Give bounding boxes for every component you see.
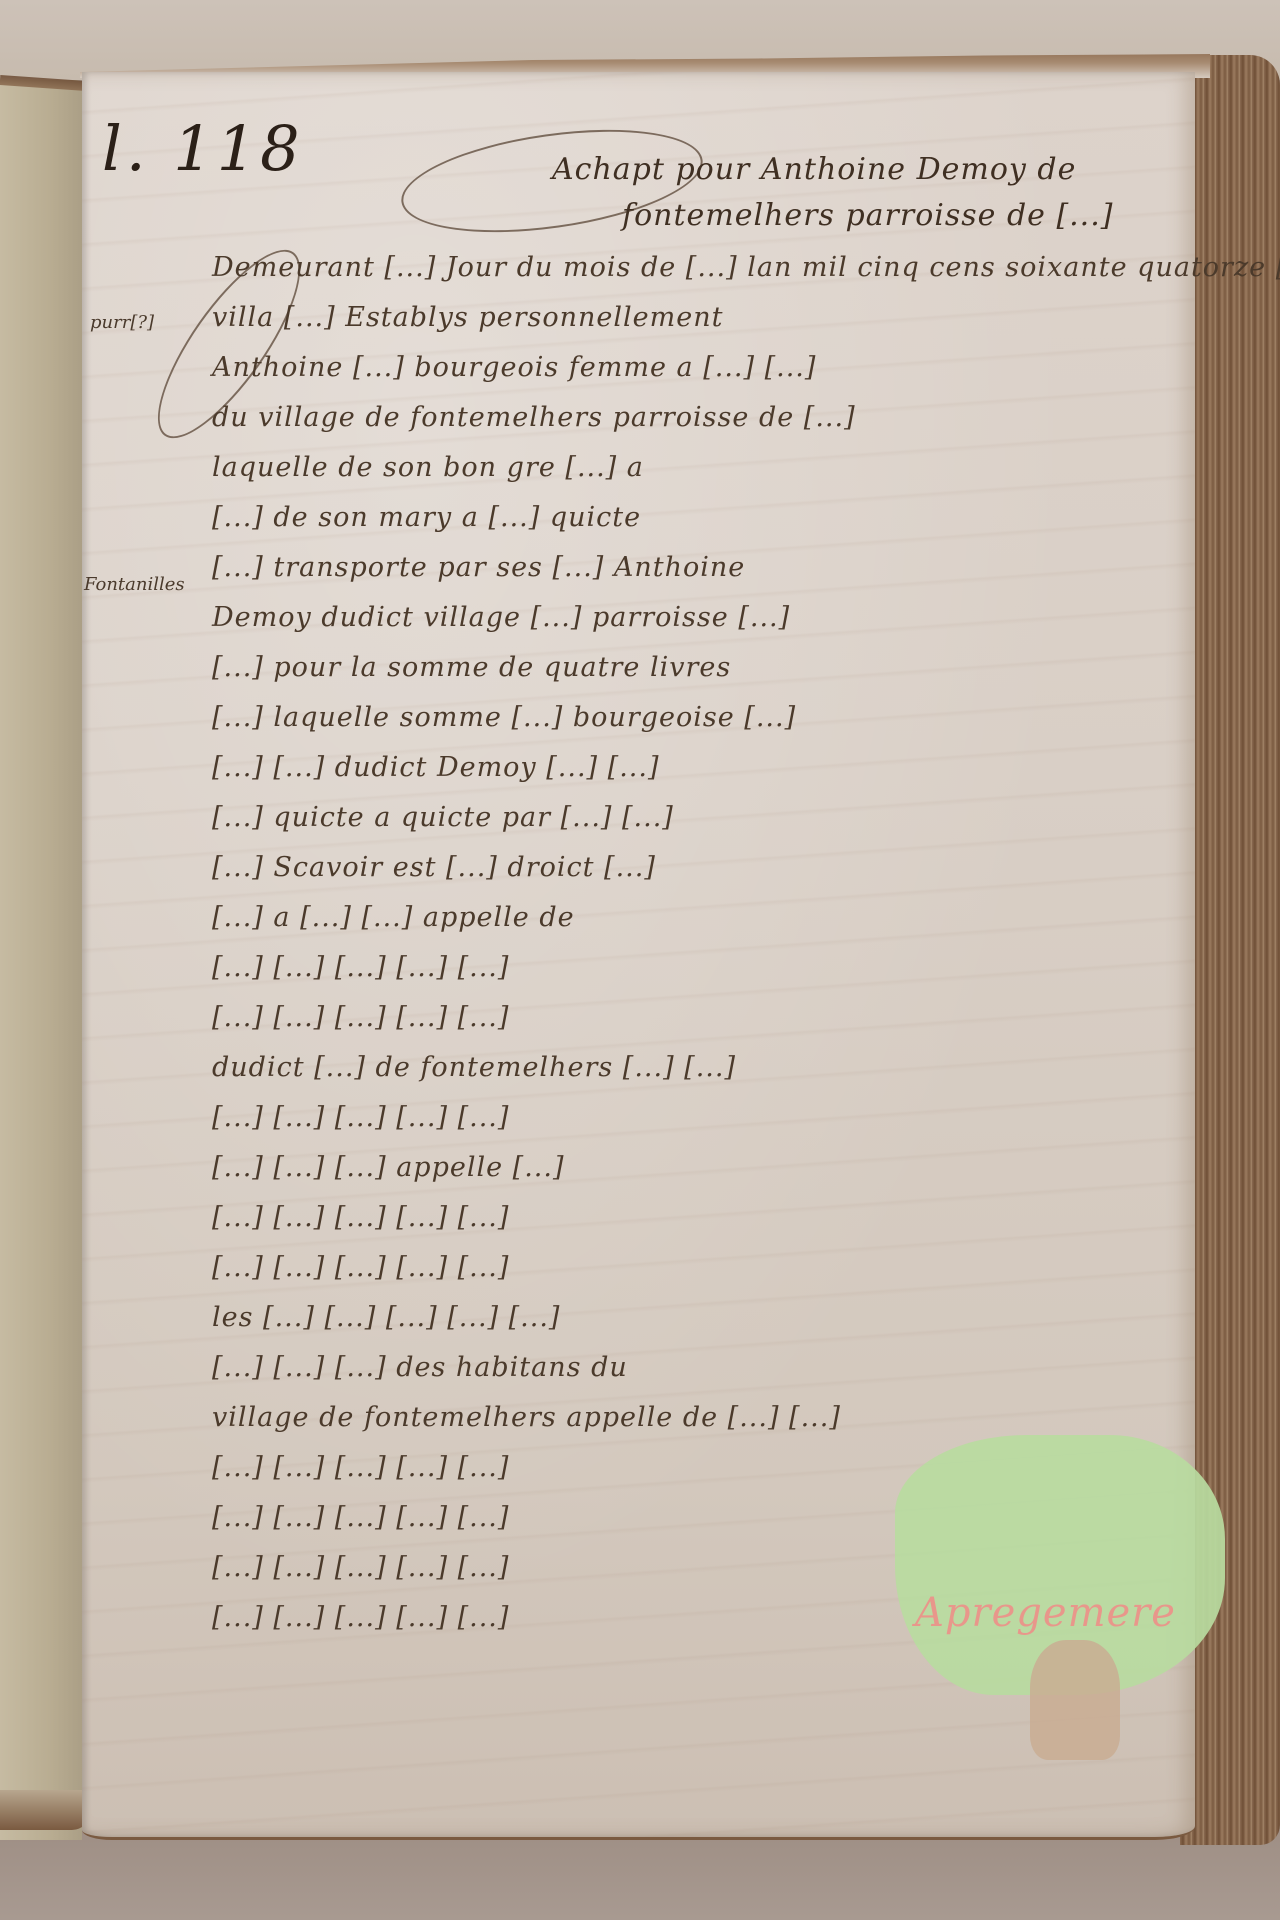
backdrop-bottom — [0, 1830, 1280, 1920]
body-line: dudict [...] de fontemelhers [...] [...] — [212, 1052, 736, 1083]
heading-line: fontemelhers parroisse de [...] — [622, 198, 1113, 233]
body-line: [...] [...] [...] [...] [...] — [212, 1252, 509, 1283]
body-line: Demeurant [...] Jour du mois de [...] la… — [212, 252, 1280, 283]
margin-note: Fontanilles — [84, 574, 185, 595]
body-line: [...] [...] [...] [...] [...] — [212, 1102, 509, 1133]
body-line: villa [...] Establys personnellement — [212, 302, 723, 333]
body-line: [...] [...] [...] [...] [...] — [212, 1602, 509, 1633]
heading-line: Achapt pour Anthoine Demoy de — [552, 152, 1076, 187]
body-line: [...] [...] [...] [...] [...] — [212, 1002, 509, 1033]
body-line: Anthoine [...] bourgeois femme a [...] [… — [212, 352, 816, 383]
body-line: [...] de son mary a [...] quicte — [212, 502, 641, 533]
watermark-text: Apregemere — [915, 1590, 1176, 1636]
book-cover-corner — [0, 1790, 90, 1830]
body-line: [...] [...] [...] [...] [...] — [212, 1502, 509, 1533]
body-line: village de fontemelhers appelle de [...]… — [212, 1402, 841, 1433]
body-line: [...] quicte a quicte par [...] [...] — [212, 802, 674, 833]
body-line: [...] [...] [...] [...] [...] — [212, 952, 509, 983]
body-line: [...] transporte par ses [...] Anthoine — [212, 552, 745, 583]
body-line: [...] [...] [...] [...] [...] — [212, 1202, 509, 1233]
book-cover-left — [0, 80, 82, 1840]
body-line: [...] [...] [...] appelle [...] — [212, 1152, 564, 1183]
body-line: [...] laquelle somme [...] bourgeoise [.… — [212, 702, 796, 733]
body-line: [...] [...] [...] [...] [...] — [212, 1552, 509, 1583]
body-line: [...] [...] [...] [...] [...] — [212, 1452, 509, 1483]
body-line: [...] Scavoir est [...] droict [...] — [212, 852, 656, 883]
body-line: du village de fontemelhers parroisse de … — [212, 402, 856, 433]
paper-stain — [1030, 1640, 1120, 1760]
margin-note: purr[?] — [90, 312, 154, 333]
body-line: [...] pour la somme de quatre livres — [212, 652, 731, 683]
body-line: les [...] [...] [...] [...] [...] — [212, 1302, 560, 1333]
body-line: [...] [...] [...] des habitans du — [212, 1352, 628, 1383]
body-line: [...] [...] dudict Demoy [...] [...] — [212, 752, 659, 783]
body-line: Demoy dudict village [...] parroisse [..… — [212, 602, 790, 633]
folio-number: l. 118 — [102, 112, 304, 185]
body-line: [...] a [...] [...] appelle de — [212, 902, 575, 933]
body-line: laquelle de son bon gre [...] a — [212, 452, 644, 483]
